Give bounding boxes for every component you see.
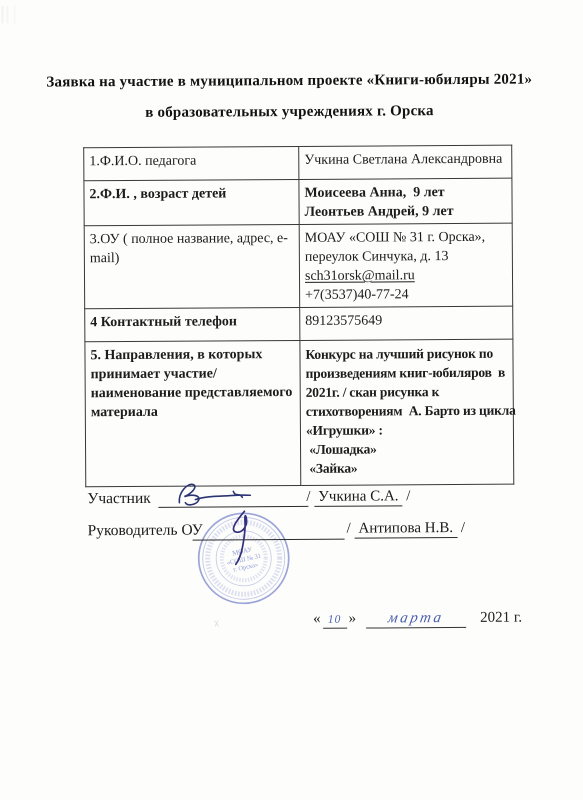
application-form-table: 1.Ф.И.О. педагога Учкина Светлана Алекса… <box>83 145 514 488</box>
field-value-school: МОАУ «СОШ № 31 г. Орска», переулок Синчу… <box>299 223 513 307</box>
field-value-direction: Конкурс на лучший рисунок по произведени… <box>300 339 514 485</box>
slash: / <box>406 488 410 504</box>
table-row: 2.Ф.И. , возраст детей Моисеева Анна, 9 … <box>84 178 512 226</box>
table-row: 3.ОУ ( полное название, адрес, e-mail) М… <box>84 223 512 309</box>
head-name: / Антипова Н.В. / <box>346 520 465 538</box>
open-quote: « <box>313 611 321 628</box>
participant-name-text: Учкина С.А. <box>314 488 402 507</box>
table-row: 4 Контактный телефон 89123575649 <box>85 306 513 342</box>
date-month-handwritten: марта <box>387 610 445 627</box>
value-line: «Лошадка» <box>306 439 507 459</box>
date-year: 2021 г. <box>480 610 522 627</box>
scanned-application-document: Заявка на участие в муниципальном проект… <box>0 0 583 800</box>
field-label-fio: 1.Ф.И.О. педагога <box>84 146 299 180</box>
school-phone: +7(3537)40-77-24 <box>305 285 506 305</box>
participant-label: Участник <box>87 490 151 508</box>
participant-name: / Учкина С.А. / <box>306 488 410 506</box>
value-line: «Зайка» <box>306 458 507 478</box>
document-title: Заявка на участие в муниципальном проект… <box>0 64 581 130</box>
school-email: sch31orsk@mail.ru <box>305 266 506 286</box>
field-label-phone: 4 Контактный телефон <box>85 307 300 341</box>
date-day-underline: 10 <box>323 611 347 629</box>
value-line: переулок Синчука, д. 13 <box>305 247 506 267</box>
value-line: Моисеева Анна, 9 лет <box>304 183 505 203</box>
value-line: МОАУ «СОШ № 31 г. Орска», <box>305 228 506 248</box>
date-line: « 10 » марта 2021 г. <box>313 610 522 629</box>
date-month-underline: марта <box>366 610 466 629</box>
title-line-2: в образовательных учреждениях г. Орска <box>0 95 581 130</box>
field-value-fio: Учкина Светлана Александровна <box>299 145 512 179</box>
scan-artifact <box>213 620 220 626</box>
value-line: Конкурс на лучший рисунок по <box>305 344 506 364</box>
slash: / <box>306 489 310 505</box>
scan-artifact <box>1 6 43 24</box>
value-line: произведениям книг-юбиляров в <box>306 363 507 383</box>
close-quote: » <box>349 611 357 628</box>
date-day-handwritten: 10 <box>328 614 342 626</box>
slash: / <box>346 521 350 537</box>
field-value-children: Моисеева Анна, 9 лет Леонтьев Андрей, 9 … <box>299 178 512 224</box>
table-row: 5. Направления, в которых принимает учас… <box>85 339 514 487</box>
slash: / <box>461 520 465 536</box>
value-line: Леонтьев Андрей, 9 лет <box>305 202 506 222</box>
value-line: стихотворениям А. Барто из цикла <box>306 401 507 421</box>
table-row: 1.Ф.И.О. педагога Учкина Светлана Алекса… <box>84 145 512 181</box>
head-handwritten-signature <box>214 506 268 568</box>
title-line-1: Заявка на участие в муниципальном проект… <box>0 64 581 99</box>
value-line: 89123575649 <box>305 311 506 331</box>
field-value-phone: 89123575649 <box>300 306 513 340</box>
value-line: 2021г. / скан рисунка к <box>306 382 507 402</box>
value-line: Учкина Светлана Александровна <box>304 150 505 170</box>
value-line: «Игрушки» : <box>306 420 507 440</box>
field-label-children: 2.Ф.И. , возраст детей <box>84 179 299 225</box>
head-name-text: Антипова Н.В. <box>354 520 457 539</box>
field-label-school: 3.ОУ ( полное название, адрес, e-mail) <box>84 224 300 308</box>
field-label-direction: 5. Направления, в которых принимает учас… <box>85 340 301 486</box>
head-label: Руководитель ОУ <box>87 522 202 541</box>
